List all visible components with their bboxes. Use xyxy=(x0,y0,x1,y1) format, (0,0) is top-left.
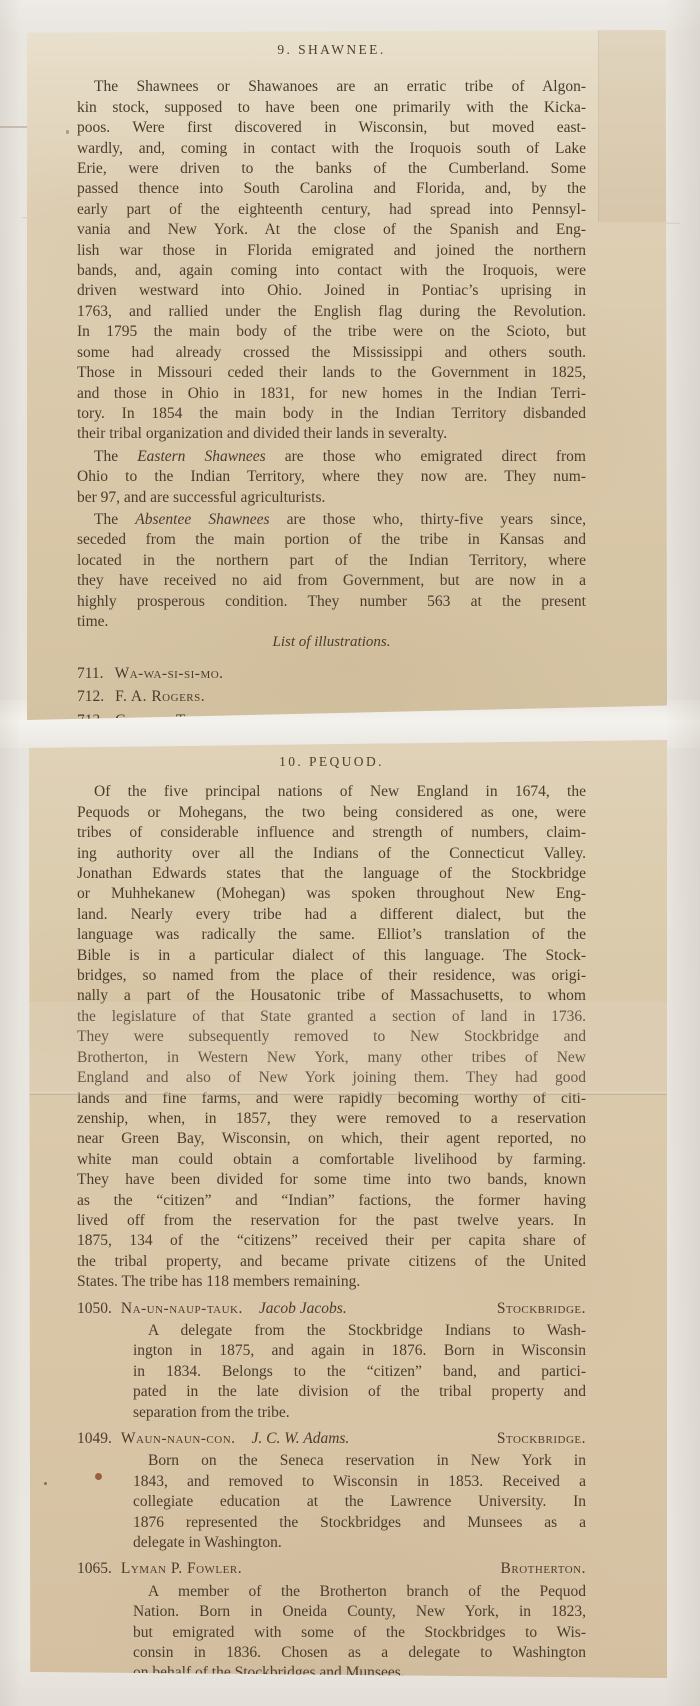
shawnee-paragraph-2: The Eastern Shawnees are those who emigr… xyxy=(77,447,586,508)
illustration-item: 712. F. A. Rogers. xyxy=(77,685,586,709)
paper-overlap-flap xyxy=(598,30,667,222)
ink-dot xyxy=(44,1482,47,1485)
paper-tone-band xyxy=(29,1002,667,1092)
entry-description: Born on the Seneca reservation in New Yo… xyxy=(133,1451,586,1553)
paper-seam xyxy=(29,1092,667,1095)
entry-tribe: Stockbridge. xyxy=(497,1429,586,1449)
backing-crease xyxy=(0,126,27,128)
entry-number: 1050. xyxy=(77,1299,112,1319)
entry-1065: 1065. Lyman P. Fowler. Brotherton. A mem… xyxy=(77,1559,586,1683)
section-header-shawnee: 9. SHAWNEE. xyxy=(77,40,586,60)
entry-tribe: Brotherton. xyxy=(501,1559,586,1579)
ink-speck xyxy=(66,130,69,134)
entry-header: 1065. Lyman P. Fowler. Brotherton. xyxy=(77,1559,586,1579)
illustrations-caption: List of illustrations. xyxy=(77,632,586,652)
scrapbook-page: 9. SHAWNEE. The Shawnees or Shawanoes ar… xyxy=(0,0,700,1706)
shawnee-paragraph-3: The Absentee Shawnees are those who, thi… xyxy=(77,510,586,632)
section-header-pequod: 10. PEQUOD. xyxy=(77,752,586,772)
illustration-item: 711. Wa-wa-si-si-mo. xyxy=(77,662,586,686)
clipping-shawnee: 9. SHAWNEE. The Shawnees or Shawanoes ar… xyxy=(27,30,667,720)
entry-number: 1049. xyxy=(77,1429,112,1449)
entry-english-name: J. C. W. Adams. xyxy=(252,1429,350,1449)
entry-tribe: Stockbridge. xyxy=(497,1299,586,1319)
entry-english-name: Jacob Jacobs. xyxy=(259,1299,347,1319)
clipping-pequod: 10. PEQUOD. Of the five principal nation… xyxy=(29,740,667,1678)
ink-speck xyxy=(276,1280,279,1283)
illustration-name: Wa-wa-si-si-mo. xyxy=(115,662,224,686)
entry-number: 1065. xyxy=(77,1559,112,1579)
entry-description: A delegate from the Stockbridge Indians … xyxy=(133,1321,586,1423)
entry-1050: 1050. Na-un-naup-tauk. Jacob Jacobs. Sto… xyxy=(77,1299,586,1423)
entry-native-name: Na-un-naup-tauk. xyxy=(121,1299,243,1319)
entry-native-name: Lyman P. Fowler. xyxy=(121,1559,242,1579)
illustration-number: 711. xyxy=(77,662,104,686)
entry-header: 1050. Na-un-naup-tauk. Jacob Jacobs. Sto… xyxy=(77,1299,586,1319)
entry-header: 1049. Waun-naun-con. J. C. W. Adams. Sto… xyxy=(77,1429,586,1449)
entry-description: A member of the Brotherton branch of the… xyxy=(133,1582,586,1684)
illustration-number: 712. xyxy=(77,685,104,709)
entry-native-name: Waun-naun-con. xyxy=(121,1429,236,1449)
bullet-mark xyxy=(95,1473,102,1480)
entry-1049: 1049. Waun-naun-con. J. C. W. Adams. Sto… xyxy=(77,1429,586,1553)
shawnee-paragraph-1: The Shawnees or Shawanoes are an erratic… xyxy=(77,77,586,444)
illustration-name: F. A. Rogers. xyxy=(115,685,205,709)
